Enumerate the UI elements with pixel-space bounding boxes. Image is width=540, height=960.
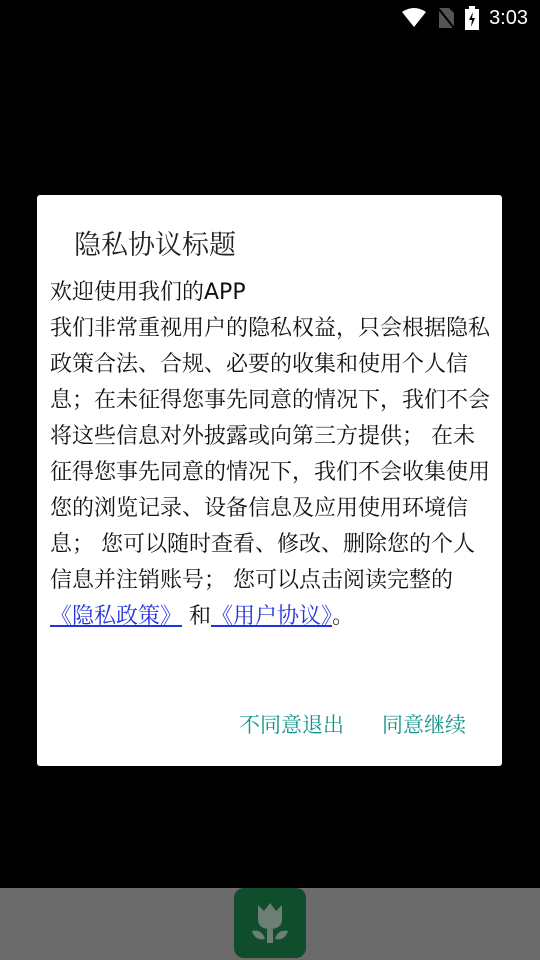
clock: 3:03 <box>489 7 528 30</box>
no-sim-icon <box>437 7 455 29</box>
end-text: 。 <box>332 604 354 629</box>
accept-button[interactable]: 同意继续 <box>382 709 466 739</box>
decline-button[interactable]: 不同意退出 <box>239 709 344 739</box>
app-icon <box>234 888 306 958</box>
privacy-policy-link[interactable]: 《隐私政策》 <box>50 604 182 629</box>
dialog-body: 欢迎使用我们的APP 我们非常重视用户的隐私权益，只会根据隐私政策合法、合规、必… <box>50 275 495 635</box>
wifi-icon <box>401 8 427 28</box>
status-bar: 3:03 <box>0 0 540 36</box>
user-agreement-link[interactable]: 《用户协议》 <box>211 604 332 629</box>
privacy-dialog: 隐私协议标题 欢迎使用我们的APP 我们非常重视用户的隐私权益，只会根据隐私政策… <box>37 195 502 766</box>
and-text: 和 <box>189 604 211 629</box>
battery-charging-icon <box>465 6 479 30</box>
body-text: 我们非常重视用户的隐私权益，只会根据隐私政策合法、合规、必要的收集和使用个人信息… <box>50 316 490 593</box>
dialog-actions: 不同意退出 同意继续 <box>239 709 466 739</box>
tulip-icon <box>250 901 290 945</box>
welcome-text: 欢迎使用我们的APP <box>50 275 495 311</box>
dialog-title: 隐私协议标题 <box>74 223 236 262</box>
